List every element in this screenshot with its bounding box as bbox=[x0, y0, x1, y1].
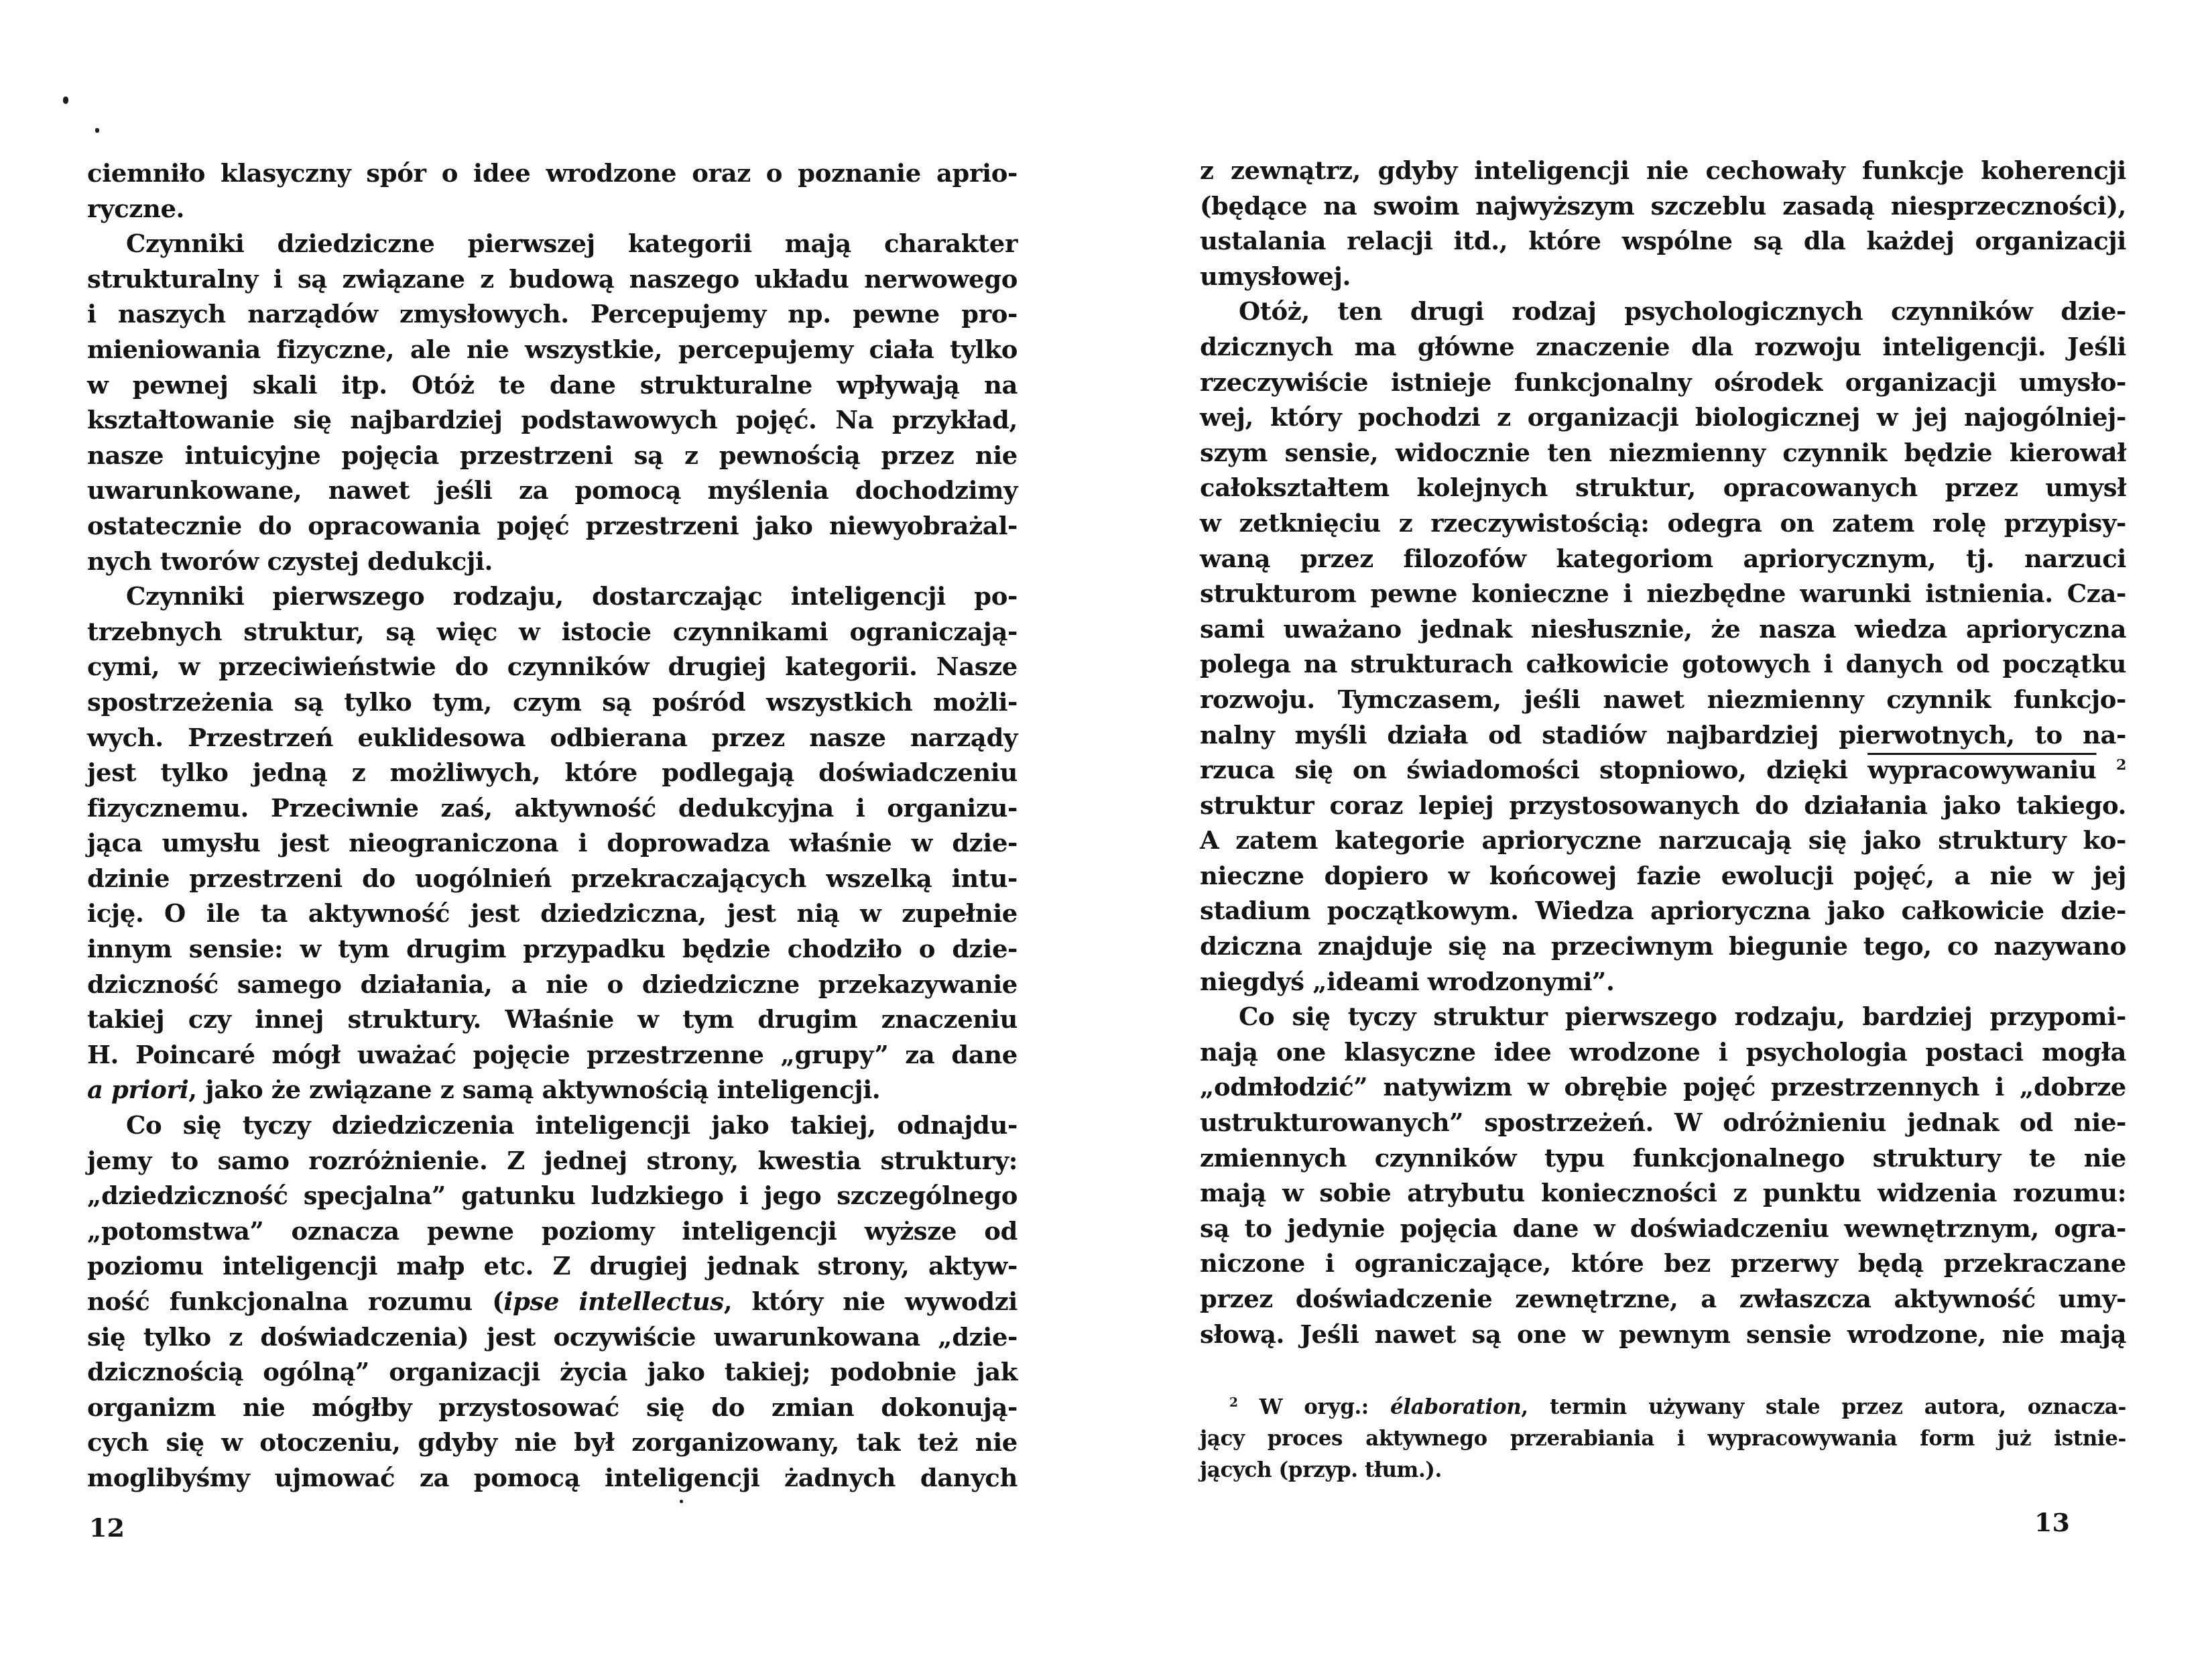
text-span: całokształtem kolejnych struktur, opraco… bbox=[1200, 473, 2126, 502]
footnote-marker: 2 bbox=[2116, 756, 2126, 774]
text-line: Co się tyczy struktur pierwszego rodzaju… bbox=[1200, 999, 2126, 1034]
text-line: jemy to samo rozróżnienie. Z jednej stro… bbox=[87, 1143, 1018, 1179]
text-span: nasze intuicyjne pojęcia przestrzeni są … bbox=[87, 440, 1018, 470]
scan-speck bbox=[63, 97, 68, 104]
text-line: umysłowej. bbox=[1200, 259, 2126, 294]
text-line: z zewnątrz, gdyby inteligencji nie cecho… bbox=[1200, 153, 2126, 188]
text-line: Czynniki dziedziczne pierwszej kategorii… bbox=[87, 226, 1018, 261]
text-line: 2 W oryg.: élaboration, termin używany s… bbox=[1200, 1392, 2126, 1423]
italic-text: élaboration bbox=[1390, 1395, 1521, 1419]
italic-text: ipse intellectus bbox=[503, 1287, 723, 1316]
text-line: struktur coraz lepiej przystosowanych do… bbox=[1200, 788, 2126, 823]
text-line: jest tylko jedną z możliwych, które podl… bbox=[87, 755, 1018, 790]
text-span: jąca umysłu jest nieograniczona i doprow… bbox=[87, 828, 1018, 857]
text-line: kształtowanie się najbardziej podstawowy… bbox=[87, 402, 1018, 438]
text-span: wej, który pochodzi z organizacji biolog… bbox=[1200, 402, 2126, 432]
text-span: strukturalny i są związane z budową nasz… bbox=[87, 264, 1018, 294]
text-span: nych tworów czystej dedukcji. bbox=[87, 546, 493, 576]
text-span: spostrzeżenia są tylko tym, czym są pośr… bbox=[87, 687, 1018, 717]
page-12-text-column: ciemniło klasyczny spór o idee wrodzone … bbox=[87, 156, 1018, 1496]
text-span: ustalania relacji itd., które wspólne są… bbox=[1200, 226, 2126, 255]
text-line: ność funkcjonalna rozumu (ipse intellect… bbox=[87, 1284, 1018, 1319]
text-span: w zetknięciu z rzeczywistością: odegra o… bbox=[1200, 508, 2126, 538]
text-line: strukturom pewne konieczne i niezbędne w… bbox=[1200, 576, 2126, 611]
text-span: trzebnych struktur, są więc w istocie cz… bbox=[87, 617, 1018, 646]
text-span: jących (przyp. tłum.). bbox=[1200, 1458, 1442, 1482]
scan-speck bbox=[2110, 447, 2115, 456]
text-line: Czynniki pierwszego rodzaju, dostarczają… bbox=[87, 579, 1018, 614]
text-line: mieniowania fizyczne, ale nie wszystkie,… bbox=[87, 332, 1018, 367]
text-span: cych się w otoczeniu, gdyby nie był zorg… bbox=[87, 1427, 1018, 1457]
text-line: nają one klasyczne idee wrodzone i psych… bbox=[1200, 1034, 2126, 1070]
text-span: struktur coraz lepiej przystosowanych do… bbox=[1200, 790, 2126, 820]
text-span: rozwoju. Tymczasem, jeśli nawet niezmien… bbox=[1200, 685, 2126, 714]
text-line: strukturalny i są związane z budową nasz… bbox=[87, 261, 1018, 297]
text-line: uwarunkowane, nawet jeśli za pomocą myśl… bbox=[87, 473, 1018, 508]
text-line: sami uważano jednak niesłusznie, że nasz… bbox=[1200, 611, 2126, 647]
text-line: cych się w otoczeniu, gdyby nie był zorg… bbox=[87, 1425, 1018, 1460]
text-span: jący proces aktywnego przerabiania i wyp… bbox=[1200, 1427, 2126, 1451]
text-line: są to jedynie pojęcia dane w doświadczen… bbox=[1200, 1211, 2126, 1246]
text-span: dzicznością ogólną” organizacji życia ja… bbox=[87, 1357, 1018, 1386]
text-span: mieniowania fizyczne, ale nie wszystkie,… bbox=[87, 335, 1018, 364]
text-line: Co się tyczy dziedziczenia inteligencji … bbox=[87, 1108, 1018, 1143]
text-line: dzinie przestrzeni do uogólnień przekrac… bbox=[87, 861, 1018, 896]
text-span: niczone i ograniczające, które bez przer… bbox=[1200, 1248, 2126, 1278]
text-span: przez doświadczenie zewnętrzne, a zwłasz… bbox=[1200, 1284, 2126, 1313]
text-span: takiej czy innej struktury. Właśnie w ty… bbox=[87, 1004, 1018, 1034]
text-line: a priori, jako że związane z samą aktywn… bbox=[87, 1072, 1018, 1108]
text-span: , termin używany stale przez autora, ozn… bbox=[1521, 1395, 2126, 1419]
text-line: fizycznemu. Przeciwnie zaś, aktywność de… bbox=[87, 790, 1018, 826]
text-span: stadium początkowym. Wiedza aprioryczna … bbox=[1200, 896, 2126, 925]
text-span: zmiennych czynników typu funkcjonalnego … bbox=[1200, 1143, 2126, 1173]
text-span: Co się tyczy struktur pierwszego rodzaju… bbox=[1239, 1002, 2126, 1031]
text-line: H. Poincaré mógł uważać pojęcie przestrz… bbox=[87, 1037, 1018, 1073]
text-span: wych. Przestrzeń euklidesowa odbierana p… bbox=[87, 723, 1018, 752]
text-line: dziczność samego działania, a nie o dzie… bbox=[87, 967, 1018, 1002]
text-span: z zewnątrz, gdyby inteligencji nie cecho… bbox=[1200, 156, 2126, 185]
text-span: „dziedziczność specjalna” gatunku ludzki… bbox=[87, 1181, 1018, 1210]
text-span: Czynniki dziedziczne pierwszej kategorii… bbox=[126, 229, 1018, 258]
italic-text: a priori bbox=[87, 1075, 188, 1104]
text-line: nych tworów czystej dedukcji. bbox=[87, 544, 1018, 579]
text-line: rzeczywiście istnieje funkcjonalny ośrod… bbox=[1200, 365, 2126, 400]
text-line: (będące na swoim najwyższym szczeblu zas… bbox=[1200, 188, 2126, 224]
text-span: „potomstwa” oznacza pewne poziomy inteli… bbox=[87, 1216, 1018, 1246]
text-span: Co się tyczy dziedziczenia inteligencji … bbox=[126, 1110, 1018, 1140]
text-line: się tylko z doświadczenia) jest oczywiśc… bbox=[87, 1319, 1018, 1355]
text-span: organizm nie mógłby przystosować się do … bbox=[87, 1392, 1018, 1422]
text-line: dzicznością ogólną” organizacji życia ja… bbox=[87, 1354, 1018, 1390]
page-number-left: 12 bbox=[89, 1512, 125, 1543]
text-span: waną przez filozofów kategoriom aprioryc… bbox=[1200, 544, 2126, 573]
text-span: uwarunkowane, nawet jeśli za pomocą myśl… bbox=[87, 475, 1018, 505]
text-span: nieczne dopiero w końcowej fazie ewolucj… bbox=[1200, 861, 2126, 890]
text-line: słową. Jeśli nawet są one w pewnym sensi… bbox=[1200, 1317, 2126, 1352]
text-line: organizm nie mógłby przystosować się do … bbox=[87, 1390, 1018, 1425]
text-span: cymi, w przeciwieństwie do czynników dru… bbox=[87, 652, 1018, 681]
text-span: szym sensie, widocznie ten niezmienny cz… bbox=[1200, 438, 2126, 467]
text-span: kształtowanie się najbardziej podstawowy… bbox=[87, 405, 1018, 434]
text-line: trzebnych struktur, są więc w istocie cz… bbox=[87, 614, 1018, 650]
text-line: icję. O ile ta aktywność jest dziedziczn… bbox=[87, 896, 1018, 931]
text-span: fizycznemu. Przeciwnie zaś, aktywność de… bbox=[87, 793, 1018, 823]
scan-speck bbox=[95, 128, 99, 133]
text-line: rozwoju. Tymczasem, jeśli nawet niezmien… bbox=[1200, 682, 2126, 717]
text-span: , jako że związane z samą aktywnością in… bbox=[188, 1075, 880, 1104]
text-span: poziomu inteligencji małp etc. Z drugiej… bbox=[87, 1251, 1018, 1281]
text-line: stadium początkowym. Wiedza aprioryczna … bbox=[1200, 893, 2126, 929]
text-line: „potomstwa” oznacza pewne poziomy inteli… bbox=[87, 1213, 1018, 1249]
text-span: jemy to samo rozróżnienie. Z jednej stro… bbox=[87, 1146, 1018, 1175]
text-line: w pewnej skali itp. Otóż te dane struktu… bbox=[87, 367, 1018, 403]
text-line: ciemniło klasyczny spór o idee wrodzone … bbox=[87, 156, 1018, 191]
text-line: polega na strukturach całkowicie gotowyc… bbox=[1200, 646, 2126, 682]
text-line: nieczne dopiero w końcowej fazie ewolucj… bbox=[1200, 858, 2126, 894]
text-line: innym sensie: w tym drugim przypadku będ… bbox=[87, 931, 1018, 967]
text-span: sami uważano jednak niesłusznie, że nasz… bbox=[1200, 614, 2126, 644]
text-line: przez doświadczenie zewnętrzne, a zwłasz… bbox=[1200, 1281, 2126, 1317]
text-span: ustrukturowanych” spostrzeżeń. W odróżni… bbox=[1200, 1108, 2126, 1137]
text-span: jest tylko jedną z możliwych, które podl… bbox=[87, 758, 1018, 787]
text-line: takiej czy innej struktury. Właśnie w ty… bbox=[87, 1002, 1018, 1037]
text-line: dziczna znajduje się na przeciwnym biegu… bbox=[1200, 929, 2126, 964]
text-span: się tylko z doświadczenia) jest oczywiśc… bbox=[87, 1322, 1018, 1352]
text-span: w pewnej skali itp. Otóż te dane struktu… bbox=[87, 370, 1018, 400]
text-span: i naszych narządów zmysłowych. Percepuje… bbox=[87, 299, 1018, 329]
text-span: ostatecznie do opracowania pojęć przestr… bbox=[87, 511, 1018, 540]
text-line: A zatem kategorie aprioryczne narzucają … bbox=[1200, 823, 2126, 858]
text-line: moglibyśmy ujmować za pomocą inteligencj… bbox=[87, 1460, 1018, 1496]
text-line: „dziedziczność specjalna” gatunku ludzki… bbox=[87, 1178, 1018, 1213]
text-line: nalny myśli działa od stadiów najbardzie… bbox=[1200, 717, 2126, 753]
text-line: całokształtem kolejnych struktur, opraco… bbox=[1200, 470, 2126, 506]
text-line: rzuca się on świadomości stopniowo, dzię… bbox=[1200, 752, 2126, 788]
page-number-right: 13 bbox=[2034, 1507, 2070, 1537]
text-span: rzuca się on świadomości stopniowo, dzię… bbox=[1200, 755, 1867, 784]
text-span: dzinie przestrzeni do uogólnień przekrac… bbox=[87, 864, 1018, 893]
text-line: i naszych narządów zmysłowych. Percepuje… bbox=[87, 296, 1018, 332]
text-span: ność funkcjonalna rozumu ( bbox=[87, 1287, 503, 1316]
text-span: (będące na swoim najwyższym szczeblu zas… bbox=[1200, 191, 2126, 221]
text-span: icję. O ile ta aktywność jest dziedziczn… bbox=[87, 898, 1018, 928]
text-span: polega na strukturach całkowicie gotowyc… bbox=[1200, 649, 2126, 678]
text-span: strukturom pewne konieczne i niezbędne w… bbox=[1200, 579, 2126, 608]
text-span: są to jedynie pojęcia dane w doświadczen… bbox=[1200, 1213, 2126, 1243]
text-line: ryczne. bbox=[87, 191, 1018, 227]
text-line: mają w sobie atrybutu konieczności z pun… bbox=[1200, 1175, 2126, 1211]
text-line: w zetknięciu z rzeczywistością: odegra o… bbox=[1200, 506, 2126, 541]
text-span: dzicznych ma główne znaczenie dla rozwoj… bbox=[1200, 332, 2126, 361]
text-line: dzicznych ma główne znaczenie dla rozwoj… bbox=[1200, 329, 2126, 365]
text-line: szym sensie, widocznie ten niezmienny cz… bbox=[1200, 435, 2126, 471]
text-line: ustalania relacji itd., które wspólne są… bbox=[1200, 223, 2126, 259]
text-span: „odmłodzić” natywizm w obrębie pojęć prz… bbox=[1200, 1072, 2126, 1102]
text-span: W oryg.: bbox=[1238, 1395, 1390, 1419]
text-line: jąca umysłu jest nieograniczona i doprow… bbox=[87, 825, 1018, 861]
page-13-text-column: z zewnątrz, gdyby inteligencji nie cecho… bbox=[1200, 153, 2126, 1352]
text-line: cymi, w przeciwieństwie do czynników dru… bbox=[87, 649, 1018, 685]
text-line: Otóż, ten drugi rodzaj psychologicznych … bbox=[1200, 294, 2126, 329]
text-line: zmiennych czynników typu funkcjonalnego … bbox=[1200, 1140, 2126, 1176]
text-span: dziczność samego działania, a nie o dzie… bbox=[87, 969, 1018, 999]
text-span: Czynniki pierwszego rodzaju, dostarczają… bbox=[126, 581, 1018, 611]
text-line: niczone i ograniczające, które bez przer… bbox=[1200, 1246, 2126, 1281]
footnote-marker: 2 bbox=[1229, 1396, 1238, 1410]
text-span: dziczna znajduje się na przeciwnym biegu… bbox=[1200, 931, 2126, 961]
text-span: ciemniło klasyczny spór o idee wrodzone … bbox=[87, 158, 1018, 188]
text-line: „odmłodzić” natywizm w obrębie pojęć prz… bbox=[1200, 1069, 2126, 1105]
text-line: waną przez filozofów kategoriom aprioryc… bbox=[1200, 541, 2126, 577]
text-line: spostrzeżenia są tylko tym, czym są pośr… bbox=[87, 685, 1018, 720]
text-line: niegdyś „ideami wrodzonymi”. bbox=[1200, 964, 2126, 1000]
text-span: niegdyś „ideami wrodzonymi”. bbox=[1200, 967, 1614, 996]
scan-speck bbox=[680, 1500, 683, 1503]
text-span: rzeczywiście istnieje funkcjonalny ośrod… bbox=[1200, 367, 2126, 397]
text-span: innym sensie: w tym drugim przypadku będ… bbox=[87, 934, 1018, 963]
text-span: , który nie wywodzi bbox=[724, 1287, 1018, 1316]
text-span: nalny myśli działa od stadiów najbardzie… bbox=[1200, 720, 2126, 750]
text-span: mają w sobie atrybutu konieczności z pun… bbox=[1200, 1178, 2126, 1207]
text-line: ostatecznie do opracowania pojęć przestr… bbox=[87, 508, 1018, 544]
text-span: ryczne. bbox=[87, 194, 184, 223]
text-span: słową. Jeśli nawet są one w pewnym sensi… bbox=[1200, 1319, 2126, 1349]
overlined-word: wypracowywaniu bbox=[1867, 755, 2096, 784]
text-line: wych. Przestrzeń euklidesowa odbierana p… bbox=[87, 720, 1018, 756]
page-13-footnote: 2 W oryg.: élaboration, termin używany s… bbox=[1200, 1392, 2126, 1486]
text-span: nają one klasyczne idee wrodzone i psych… bbox=[1200, 1037, 2126, 1067]
text-line: jących (przyp. tłum.). bbox=[1200, 1455, 2126, 1486]
text-span bbox=[2096, 755, 2115, 784]
book-spread: ciemniło klasyczny spór o idee wrodzone … bbox=[0, 0, 2212, 1662]
text-span: moglibyśmy ujmować za pomocą inteligencj… bbox=[87, 1463, 1018, 1492]
text-line: nasze intuicyjne pojęcia przestrzeni są … bbox=[87, 438, 1018, 473]
text-line: wej, który pochodzi z organizacji biolog… bbox=[1200, 400, 2126, 435]
text-line: ustrukturowanych” spostrzeżeń. W odróżni… bbox=[1200, 1105, 2126, 1140]
text-line: poziomu inteligencji małp etc. Z drugiej… bbox=[87, 1248, 1018, 1284]
text-span: Otóż, ten drugi rodzaj psychologicznych … bbox=[1239, 296, 2126, 326]
text-span: umysłowej. bbox=[1200, 261, 1351, 291]
text-span: H. Poincaré mógł uważać pojęcie przestrz… bbox=[87, 1040, 1018, 1069]
text-span: A zatem kategorie aprioryczne narzucają … bbox=[1200, 825, 2126, 855]
text-line: jący proces aktywnego przerabiania i wyp… bbox=[1200, 1423, 2126, 1455]
